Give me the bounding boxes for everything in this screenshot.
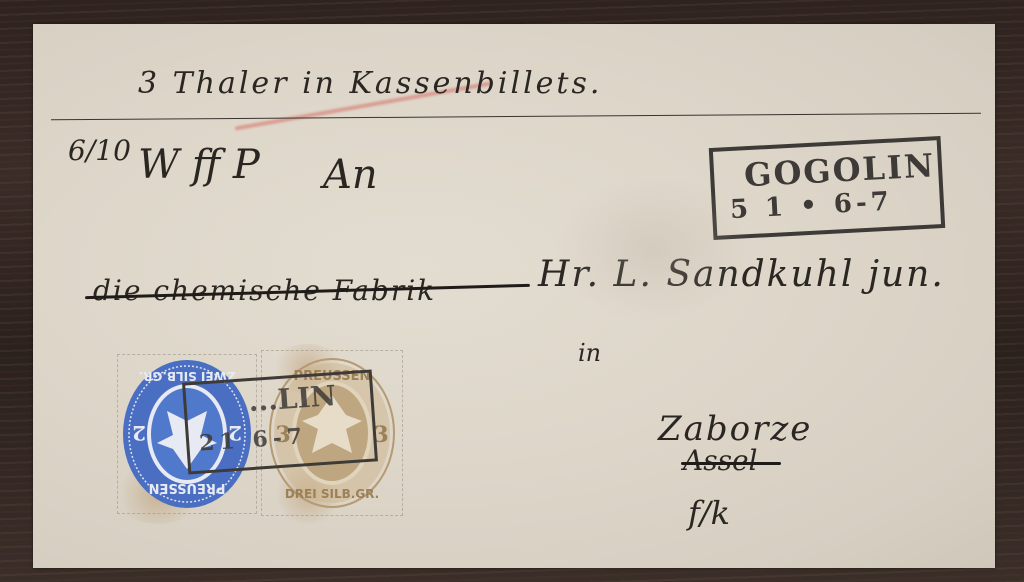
fraction-note: 6/10 <box>68 134 131 167</box>
destination-strikethrough <box>681 462 781 465</box>
struck-destination-text: Assel <box>683 444 757 477</box>
initials-note: W ff P <box>138 142 260 188</box>
stamp-cancellation-box: ...LIN 21 6-7 <box>182 369 378 474</box>
gogolin-postmark: GOGOLIN 5 1 • 6-7 <box>709 136 945 240</box>
cancel-town-fragment: ...LIN <box>247 379 337 418</box>
envelope: 3 Thaler in Kassenbillets. 6/10 W ff P A… <box>33 24 995 568</box>
salutation-text: An <box>323 152 378 198</box>
destination-text: Zaborze <box>658 409 812 449</box>
preposition-text: in <box>578 339 601 367</box>
addressee-text: Hr. L. Sandkuhl jun. <box>538 254 945 295</box>
value-declaration-text: 3 Thaler in Kassenbillets. <box>138 66 602 101</box>
postmark-town: GOGOLIN <box>743 146 936 194</box>
bottom-note: f/k <box>688 494 730 532</box>
cancel-date: 21 6-7 <box>198 423 308 456</box>
ruled-line <box>51 113 981 120</box>
